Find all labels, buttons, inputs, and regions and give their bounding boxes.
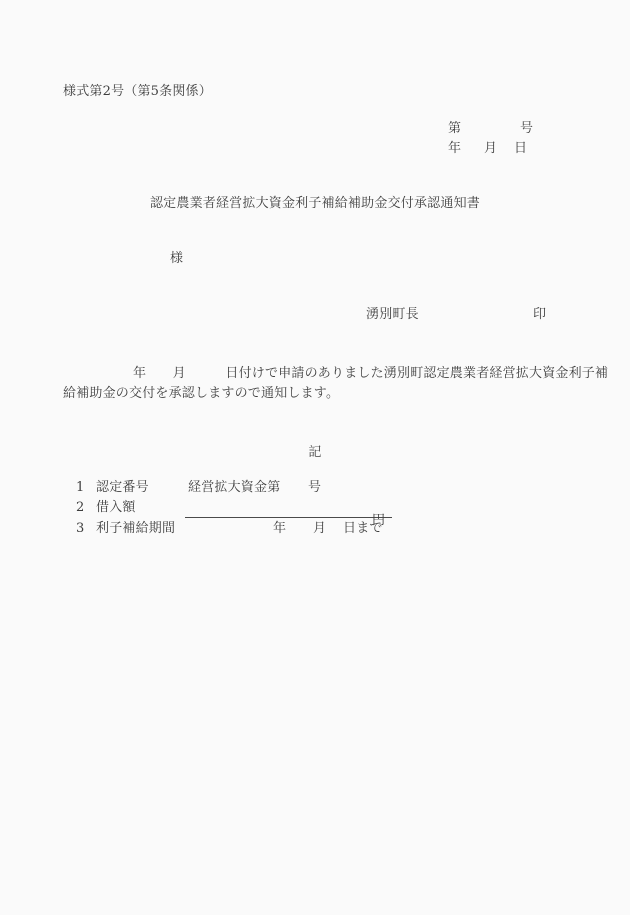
seal-mark: 印 (533, 308, 546, 321)
body-line-2: 給補助金の交付を承認しますので通知します。 (63, 387, 339, 400)
period-year-label: 年 (273, 522, 286, 535)
item-value-prefix: 経営拡大資金第 (188, 481, 280, 494)
document-page: 様式第2号（第5条関係） 第 号 年 月 日 認定農業者経営拡大資金利子補給補助… (0, 0, 630, 915)
date-year-label: 年 (448, 142, 461, 155)
document-title: 認定農業者経営拡大資金利子補給補助金交付承認通知書 (0, 197, 630, 210)
ki-heading: 記 (0, 446, 630, 459)
date-day-label: 日 (514, 142, 527, 155)
loan-amount-blank-field: 円 (185, 501, 392, 518)
doc-number-suffix: 号 (520, 122, 533, 135)
item-label: 借入額 (96, 501, 136, 514)
item-label: 利子補給期間 (96, 522, 175, 535)
period-day-suffix-label: 日まで (343, 522, 383, 535)
form-number-label: 様式第2号（第5条関係） (63, 85, 212, 98)
recipient-honorific: 様 (170, 252, 183, 265)
item-number: 1 (76, 481, 84, 494)
doc-number-prefix: 第 (448, 122, 461, 135)
item-label: 認定番号 (96, 481, 149, 494)
item-number: 2 (76, 501, 84, 514)
item-number: 3 (76, 522, 84, 535)
item-value-suffix: 号 (308, 481, 321, 494)
period-month-label: 月 (313, 522, 326, 535)
issuer-name: 湧別町長 (366, 308, 419, 321)
date-month-label: 月 (484, 142, 497, 155)
body-line-1: 年 月 日付けで申請のありました湧別町認定農業者経営拡大資金利子補 (133, 367, 608, 380)
